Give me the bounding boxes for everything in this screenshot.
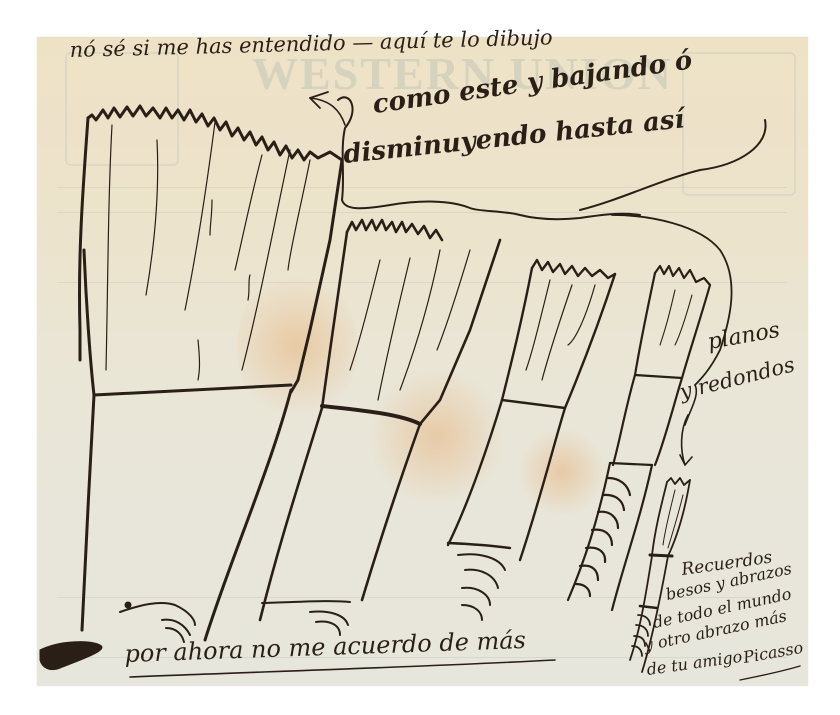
brush-2-ferrule	[262, 601, 350, 635]
brush-3-bristles	[526, 280, 595, 380]
brush-4-bristles	[660, 290, 692, 345]
brush-1-bristles	[106, 122, 310, 380]
brush-1	[79, 106, 342, 640]
signature-flourish	[740, 666, 800, 680]
brush-3	[448, 260, 615, 560]
brush-2-bristles	[350, 250, 470, 400]
brush-1-ferrule	[120, 603, 195, 643]
brush-2	[260, 220, 500, 620]
ink-blot	[40, 642, 102, 670]
brush-3-ferrule	[458, 554, 505, 620]
brush-5-bristles	[663, 490, 683, 548]
